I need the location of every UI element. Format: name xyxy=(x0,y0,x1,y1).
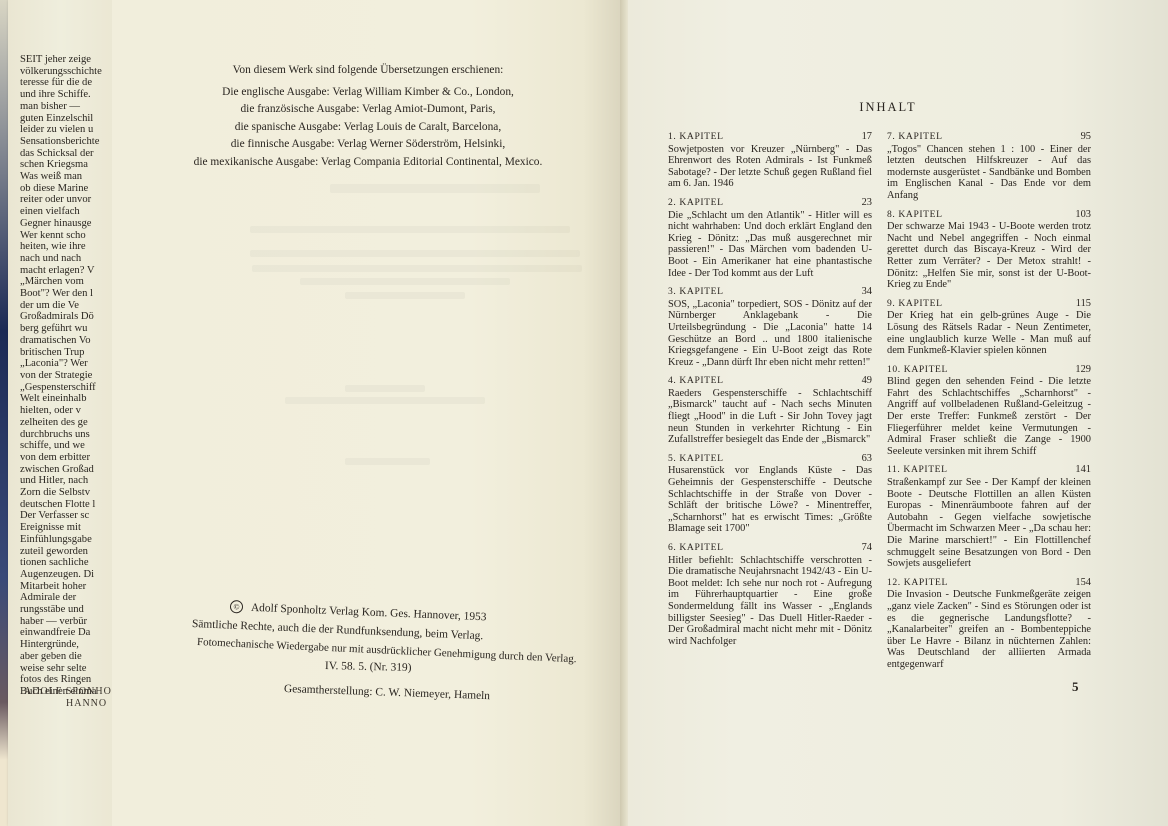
chapter-page-number: 154 xyxy=(1075,577,1091,589)
chapter-page-number: 17 xyxy=(862,131,872,143)
bleed-through-mark xyxy=(252,265,582,272)
chapter-page-number: 23 xyxy=(862,197,872,209)
bleed-through-mark xyxy=(250,226,570,233)
chapter-description: Der Krieg hat ein gelb-grünes Auge - Die… xyxy=(887,310,1091,356)
bleed-through-mark xyxy=(345,385,425,392)
chapter-description: SOS, „Laconia" torpediert, SOS - Dönitz … xyxy=(668,299,872,369)
chapter-page-number: 115 xyxy=(1076,298,1091,310)
toc-title: INHALT xyxy=(628,100,1148,115)
bleed-through-mark xyxy=(330,184,540,193)
translation-mexican: die mexikanische Ausgabe: Verlag Compani… xyxy=(112,154,624,172)
toc-chapter-entry: 4. KAPITEL49Raeders Gespensterschiffe - … xyxy=(668,375,872,446)
chapter-heading-row: 8. KAPITEL103 xyxy=(887,209,1091,221)
chapter-heading: 9. KAPITEL xyxy=(887,298,943,310)
copyright-icon: © xyxy=(230,600,244,614)
chapter-description: Der schwarze Mai 1943 - U-Boote werden t… xyxy=(887,221,1091,291)
flap-imprint-line-2: HANNO xyxy=(24,698,112,710)
chapter-page-number: 63 xyxy=(862,453,872,465)
chapter-heading: 10. KAPITEL xyxy=(887,364,948,376)
toc-chapter-entry: 10. KAPITEL129Blind gegen den sehenden F… xyxy=(887,364,1091,458)
chapter-page-number: 103 xyxy=(1075,209,1091,221)
toc-chapter-entry: 2. KAPITEL23Die „Schlacht um den Atlanti… xyxy=(668,197,872,279)
toc-chapter-entry: 3. KAPITEL34SOS, „Laconia" torpediert, S… xyxy=(668,286,872,368)
chapter-heading-row: 12. KAPITEL154 xyxy=(887,577,1091,589)
chapter-description: „Togos" Chancen stehen 1 : 100 - Einer d… xyxy=(887,144,1091,202)
chapter-description: Husarenstück vor Englands Küste - Das Ge… xyxy=(668,465,872,535)
toc-column-right: 7. KAPITEL95„Togos" Chancen stehen 1 : 1… xyxy=(887,131,1091,678)
bleed-through-mark xyxy=(300,278,510,285)
chapter-heading-row: 10. KAPITEL129 xyxy=(887,364,1091,376)
chapter-description: Hitler befiehlt: Schlachtschiffe verschr… xyxy=(668,555,872,648)
chapter-heading: 4. KAPITEL xyxy=(668,375,724,387)
bleed-through-mark xyxy=(250,250,580,257)
toc-column-left: 1. KAPITEL17Sowjetposten vor Kreuzer „Nü… xyxy=(668,131,872,654)
chapter-heading-row: 1. KAPITEL17 xyxy=(668,131,872,143)
chapter-heading: 6. KAPITEL xyxy=(668,542,724,554)
chapter-heading: 1. KAPITEL xyxy=(668,131,724,143)
translation-english: Die englische Ausgabe: Verlag William Ki… xyxy=(112,84,624,102)
chapter-heading: 12. KAPITEL xyxy=(887,577,948,589)
chapter-heading-row: 3. KAPITEL34 xyxy=(668,286,872,298)
translation-french: die französische Ausgabe: Verlag Amiot-D… xyxy=(112,101,624,119)
chapter-description: Blind gegen den sehenden Feind - Die let… xyxy=(887,376,1091,457)
chapter-heading-row: 4. KAPITEL49 xyxy=(668,375,872,387)
toc-chapter-entry: 9. KAPITEL115Der Krieg hat ein gelb-grün… xyxy=(887,298,1091,357)
chapter-page-number: 95 xyxy=(1081,131,1091,143)
chapter-page-number: 141 xyxy=(1075,464,1091,476)
chapter-description: Die „Schlacht um den Atlantik" - Hitler … xyxy=(668,210,872,280)
translations-notice: Von diesem Werk sind folgende Übersetzun… xyxy=(112,62,624,171)
toc-chapter-entry: 7. KAPITEL95„Togos" Chancen stehen 1 : 1… xyxy=(887,131,1091,202)
chapter-heading: 8. KAPITEL xyxy=(887,209,943,221)
chapter-heading-row: 9. KAPITEL115 xyxy=(887,298,1091,310)
page-number: 5 xyxy=(1072,679,1079,695)
chapter-page-number: 129 xyxy=(1075,364,1091,376)
toc-chapter-entry: 11. KAPITEL141Straßenkampf zur See - Der… xyxy=(887,464,1091,569)
chapter-heading: 3. KAPITEL xyxy=(668,286,724,298)
chapter-heading-row: 6. KAPITEL74 xyxy=(668,542,872,554)
toc-chapter-entry: 5. KAPITEL63Husarenstück vor Englands Kü… xyxy=(668,453,872,535)
flap-imprint-line-1: ADOLF SPONHO xyxy=(24,686,112,698)
bleed-through-mark xyxy=(345,292,465,299)
chapter-heading: 2. KAPITEL xyxy=(668,197,724,209)
chapter-page-number: 49 xyxy=(862,375,872,387)
chapter-page-number: 34 xyxy=(862,286,872,298)
translation-finnish: die finnische Ausgabe: Verlag Werner Söd… xyxy=(112,136,624,154)
chapter-heading: 5. KAPITEL xyxy=(668,453,724,465)
chapter-heading-row: 2. KAPITEL23 xyxy=(668,197,872,209)
chapter-description: Die Invasion - Deutsche Funkmeßgeräte ze… xyxy=(887,589,1091,670)
chapter-heading-row: 11. KAPITEL141 xyxy=(887,464,1091,476)
toc-chapter-entry: 12. KAPITEL154Die Invasion - Deutsche Fu… xyxy=(887,577,1091,671)
chapter-heading-row: 5. KAPITEL63 xyxy=(668,453,872,465)
imprint-code: IV. 58. 5. (Nr. 319) xyxy=(325,660,412,674)
chapter-description: Straßenkampf zur See - Der Kampf der kle… xyxy=(887,477,1091,570)
jacket-flap-imprint: ADOLF SPONHO HANNO xyxy=(24,686,112,710)
chapter-description: Raeders Gespensterschiffe - Schlachtschi… xyxy=(668,388,872,446)
toc-chapter-entry: 6. KAPITEL74Hitler befiehlt: Schlachtsch… xyxy=(668,542,872,647)
bleed-through-mark xyxy=(345,458,430,465)
chapter-heading-row: 7. KAPITEL95 xyxy=(887,131,1091,143)
bleed-through-mark xyxy=(285,397,485,404)
chapter-description: Sowjetposten vor Kreuzer „Nürnberg" - Da… xyxy=(668,144,872,190)
toc-chapter-entry: 1. KAPITEL17Sowjetposten vor Kreuzer „Nü… xyxy=(668,131,872,190)
chapter-page-number: 74 xyxy=(862,542,872,554)
translations-intro: Von diesem Werk sind folgende Übersetzun… xyxy=(112,62,624,80)
toc-chapter-entry: 8. KAPITEL103Der schwarze Mai 1943 - U-B… xyxy=(887,209,1091,291)
chapter-heading: 7. KAPITEL xyxy=(887,131,943,143)
chapter-heading: 11. KAPITEL xyxy=(887,464,948,476)
translation-spanish: die spanische Ausgabe: Verlag Louis de C… xyxy=(112,119,624,137)
